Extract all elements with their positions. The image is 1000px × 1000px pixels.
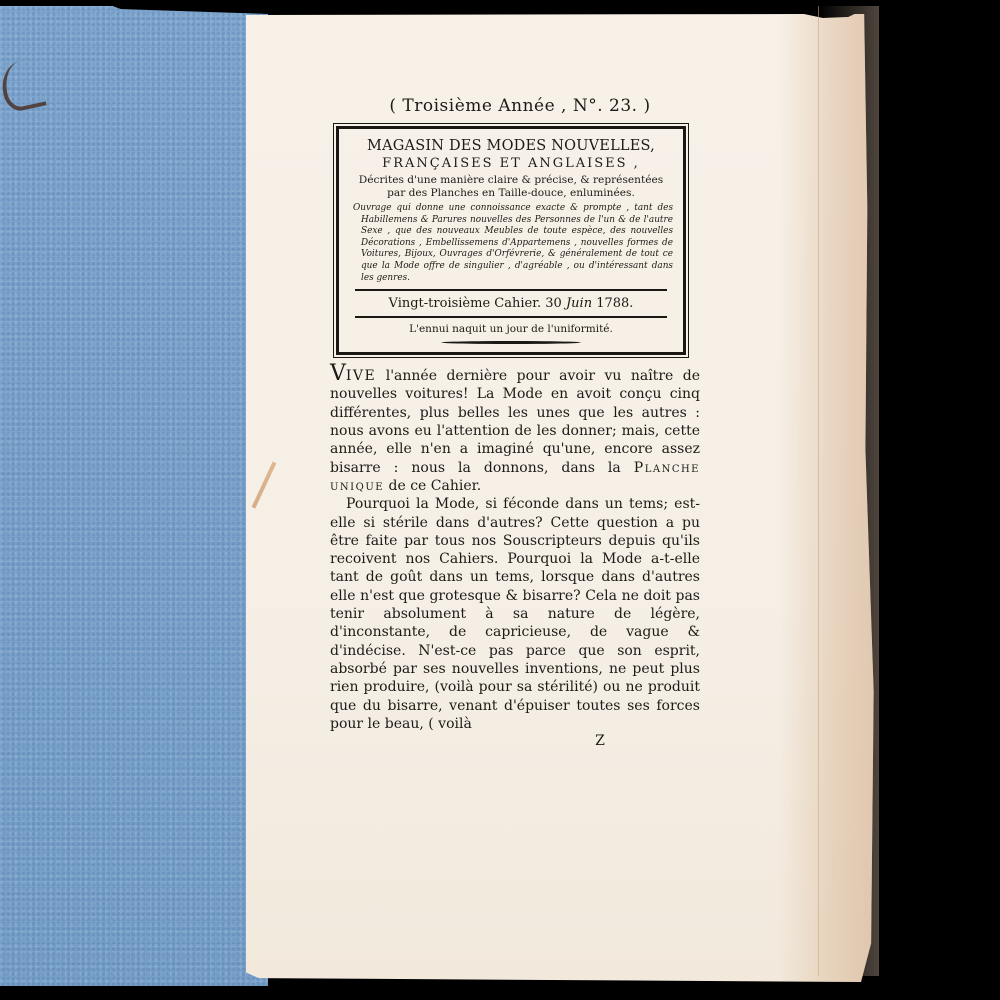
handwritten-ink-mark: [0, 57, 47, 113]
dropcap: V: [330, 361, 346, 386]
divider-rule: [355, 316, 667, 318]
cahier-label: Vingt-troisième Cahier.: [389, 296, 542, 311]
issue-header: ( Troisième Année , N°. 23. ): [340, 96, 700, 116]
cahier-year: 1788.: [596, 296, 633, 311]
ouvrage-paragraph: Ouvrage qui donne une connoissance exact…: [349, 203, 673, 284]
paragraph-1: VIVE l'année dernière pour avoir vu naît…: [330, 367, 700, 495]
magazine-description: Décrites d'une manière claire & précise,…: [349, 174, 673, 200]
cahier-month: Juin: [566, 296, 592, 311]
divider-rule: [355, 289, 667, 291]
body-text: VIVE l'année dernière pour avoir vu naît…: [330, 367, 700, 733]
cahier-day: 30: [545, 296, 562, 311]
masthead-frame: MAGASIN DES MODES NOUVELLES, FRANÇAISES …: [336, 126, 686, 355]
blue-paper-cover: [0, 6, 268, 986]
magazine-subtitle: FRANÇAISES ET ANGLAISES ,: [349, 155, 673, 172]
page-content: ( Troisième Année , N°. 23. ) MAGASIN DE…: [330, 96, 700, 749]
cahier-line: Vingt-troisième Cahier. 30 Juin 1788.: [349, 296, 673, 311]
paragraph-2: Pourquoi la Mode, si féconde dans un tem…: [330, 495, 700, 733]
flourish-rule: [441, 341, 581, 344]
signature-mark: Z: [580, 733, 620, 749]
opening-smallcaps: IVE: [346, 368, 376, 384]
motto: L'ennui naquit un jour de l'uniformité.: [349, 323, 673, 335]
paragraph-1-end: de ce Cahier.: [384, 478, 481, 494]
magazine-title: MAGASIN DES MODES NOUVELLES,: [349, 137, 673, 155]
